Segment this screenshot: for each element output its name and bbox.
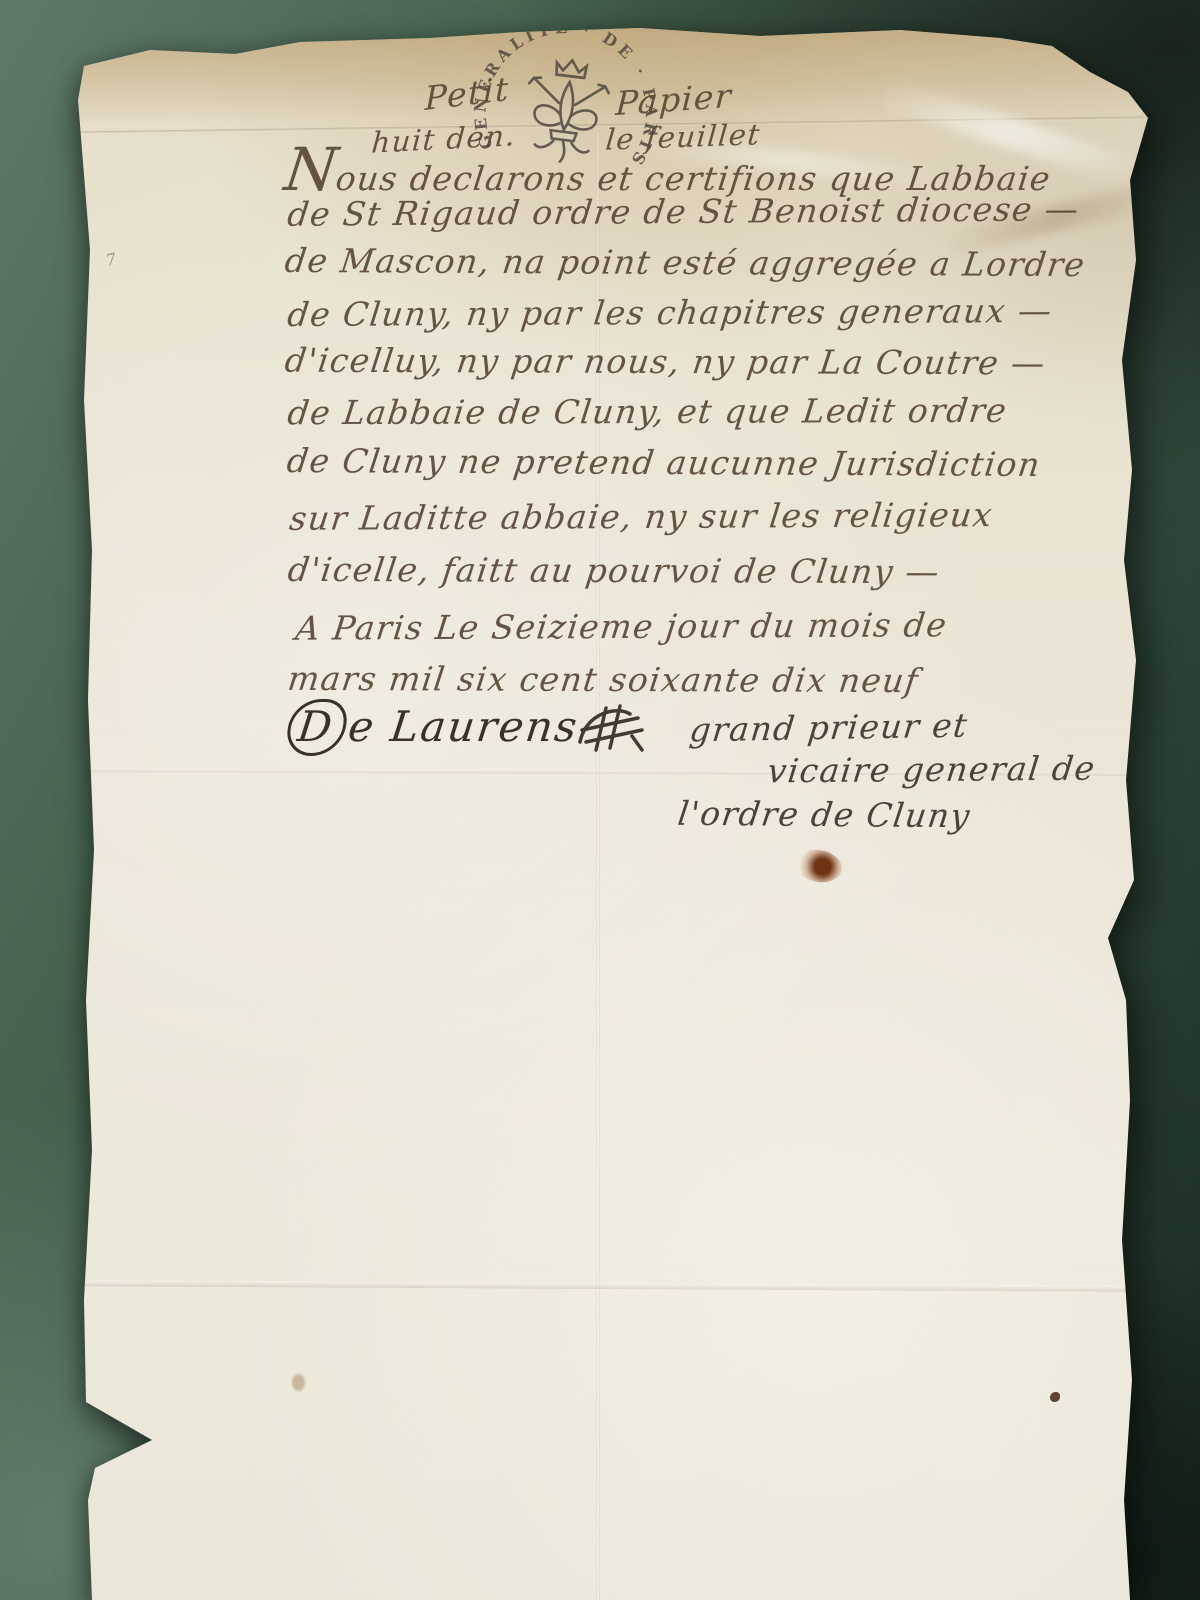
manuscript-line: mars mil six cent soixante dix neuf <box>286 659 922 700</box>
manuscript-line: de Labbaie de Cluny, et que Ledit ordre <box>286 391 1010 433</box>
manuscript-line: de Cluny, ny par les chapitres generaux … <box>285 291 1054 334</box>
tax-word-papier: Papier <box>615 76 734 123</box>
manuscript-line: de St Rigaud ordre de St Benoist diocese… <box>285 189 1081 234</box>
manuscript-line: A Paris Le Seizieme jour du mois de <box>294 605 950 647</box>
signature-title-line: vicaire general de <box>766 749 1098 791</box>
signature-title-line: l'ordre de Cluny <box>676 794 973 836</box>
brown-speck <box>1050 1392 1060 1402</box>
margin-pen-mark: 7 <box>104 249 118 270</box>
signature-title-line: grand prieur et <box>688 706 970 750</box>
faint-stain <box>292 1374 305 1391</box>
horizontal-fold-crease-lower <box>82 1280 1128 1291</box>
manuscript-line: d'icelluy, ny par nous, ny par La Coutre… <box>283 341 1048 383</box>
corner-red-mark <box>79 49 110 71</box>
manuscript-line: sur Laditte abbaie, ny sur les religieux <box>287 495 995 538</box>
wax-ink-blot <box>794 846 845 886</box>
manuscript-paper: GENERALITE · DE · PARIS <box>0 0 1200 1600</box>
signature-de-laurens: De Laurens <box>285 702 581 751</box>
paper-shadow-wrap: GENERALITE · DE · PARIS <box>0 0 1200 1600</box>
manuscript-line: de Mascon, na point esté aggregée a Lord… <box>283 241 1088 284</box>
manuscript-line: d'icelle, faitt au pourvoi de Cluny — <box>286 550 943 591</box>
manuscript-line: de Cluny ne pretend aucunne Jurisdiction <box>285 441 1043 484</box>
signature-paraph-icon <box>572 700 652 766</box>
photo-background: GENERALITE · DE · PARIS <box>0 0 1200 1600</box>
